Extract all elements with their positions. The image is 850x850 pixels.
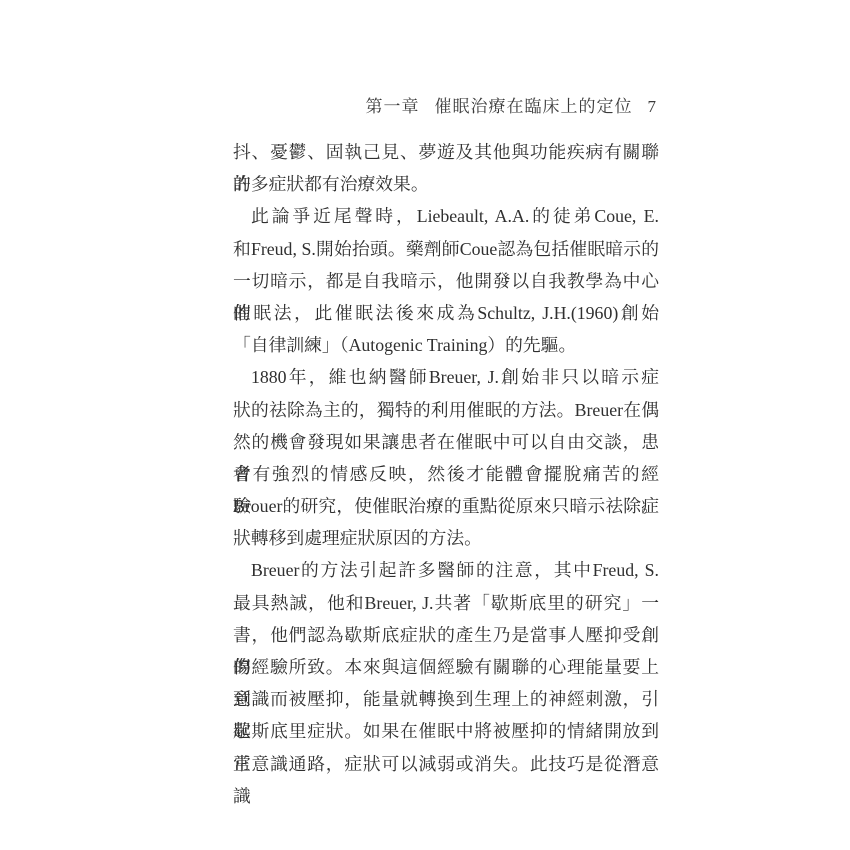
body-line: 意識而被壓抑，能量就轉換到生理上的神經刺激，引起 — [233, 683, 659, 715]
body-line: 常意識通路，症狀可以減弱或消失。此技巧是從潛意識 — [233, 748, 659, 780]
body-line: 和Freud, S.開始抬頭。藥劑師Coue認為包括催眠暗示的 — [233, 233, 659, 265]
body-line: Brouer的研究，使催眠治療的重點從原來只暗示祛除症 — [233, 490, 659, 522]
body-line: 一切暗示，都是自我暗示，他開發以自我教學為中心的 — [233, 265, 659, 297]
chapter-label: 第一章 — [366, 92, 420, 117]
chapter-title: 催眠治療在臨床上的定位 — [435, 92, 633, 117]
body-line: 催眠法，此催眠法後來成為Schultz, J.H.(1960)創始 — [233, 297, 659, 329]
body-line: 「自律訓練」（Autogenic Training）的先驅。 — [233, 329, 659, 361]
body-line: 此論爭近尾聲時，Liebeault, A.A.的徒弟Coue, E. — [233, 200, 659, 232]
body-line: 狀轉移到處理症狀原因的方法。 — [233, 522, 659, 554]
body-line: 狀的祛除為主的，獨特的利用催眠的方法。Breuer在偶 — [233, 394, 659, 426]
body-line: 會有強烈的情感反映，然後才能體會擺脫痛苦的經驗。 — [233, 458, 659, 490]
body-line: 然的機會發現如果讓患者在催眠中可以自由交談，患者 — [233, 426, 659, 458]
body-line: 許多症狀都有治療效果。 — [233, 168, 659, 200]
body-line: 書，他們認為歇斯底症狀的產生乃是當事人壓抑受創傷 — [233, 619, 659, 651]
page-number: 7 — [648, 97, 658, 117]
running-header: 第一章 催眠治療在臨床上的定位 7 — [366, 92, 658, 117]
body-line: 抖、憂鬱、固執己見、夢遊及其他與功能疾病有關聯的 — [233, 136, 659, 168]
book-page: 第一章 催眠治療在臨床上的定位 7 抖、憂鬱、固執己見、夢遊及其他與功能疾病有關… — [0, 0, 850, 850]
body-text: 抖、憂鬱、固執己見、夢遊及其他與功能疾病有關聯的許多症狀都有治療效果。此論爭近尾… — [233, 136, 659, 780]
body-line: Breuer的方法引起許多醫師的注意，其中Freud, S. — [233, 554, 659, 586]
body-line: 的經驗所致。本來與這個經驗有關聯的心理能量要上到 — [233, 651, 659, 683]
body-line: 歇斯底里症狀。如果在催眠中將被壓抑的情緒開放到正 — [233, 715, 659, 747]
body-line: 最具熱誠，他和Breuer, J.共著「歇斯底里的研究」一 — [233, 587, 659, 619]
body-line: 1880年，維也納醫師Breuer, J.創始非只以暗示症 — [233, 361, 659, 393]
